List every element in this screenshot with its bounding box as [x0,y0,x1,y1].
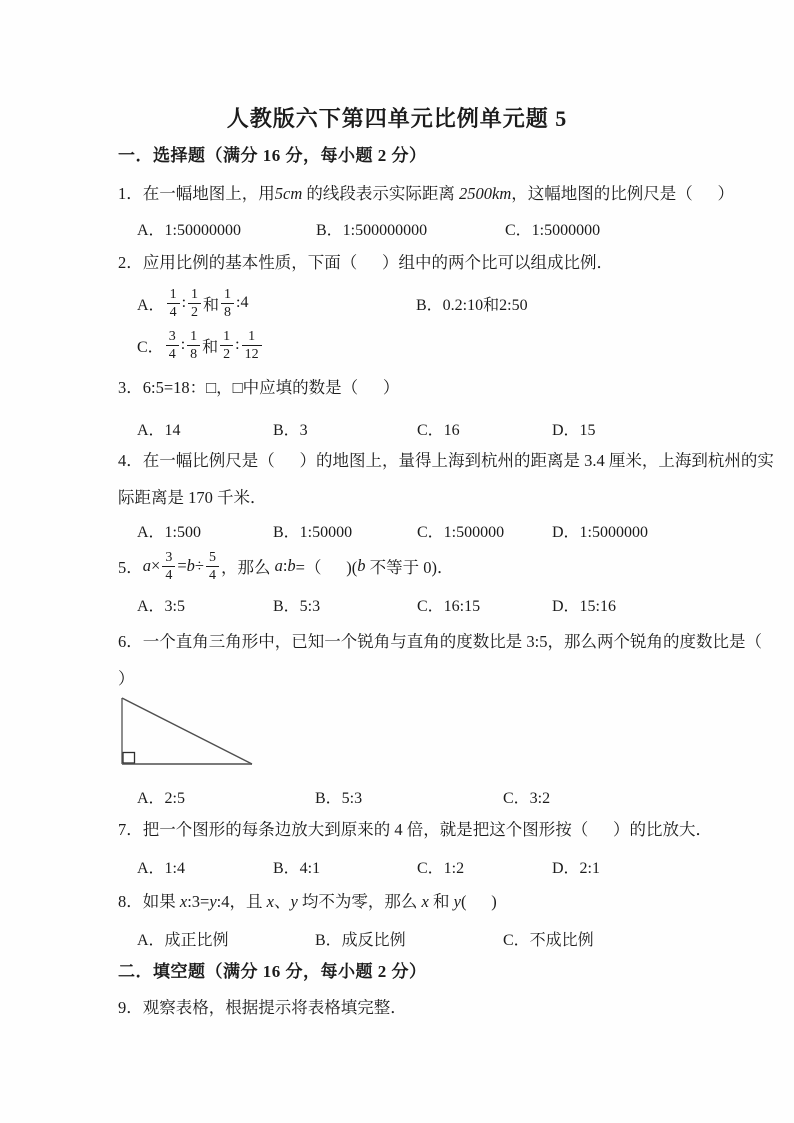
q4-option-b: B．1:50000 [273,519,352,542]
fraction: 112 [242,329,262,362]
worksheet-page: 人教版六下第四单元比例单元题 5 一．选择题（满分 16 分，每小题 2 分） … [0,0,794,1123]
q5-var-b: b [357,556,365,576]
q5-var-a: a [275,556,283,576]
question-8-text: 8．如果 x:3=y:4，且 x、y 均不为零，那么 x 和 y( ) [118,891,497,912]
q1-math-2500km: 2500km [459,184,511,203]
right-triangle-figure [119,695,257,769]
question-4-text-line2: 际距离是 170 千米． [118,487,267,508]
q4-option-a: A．1:500 [137,519,201,542]
q7-option-a: A．1:4 [137,855,185,878]
q5-option-a: A．3:5 [137,593,185,616]
fraction: 34 [166,329,179,362]
q1-option-c: C．1:5000000 [505,217,600,240]
fraction: 12 [188,287,201,320]
q7-option-c: C．1:2 [417,855,464,878]
question-7-text: 7．把一个图形的每条边放大到原来的 4 倍，就是把这个图形按（ ）的比放大． [118,819,712,840]
q1-option-a: A．1:50000000 [137,217,241,240]
q1-text-part: 的线段表示实际距离 [302,184,459,203]
triangle-hypotenuse [122,698,252,764]
q5-option-c: C．16:15 [417,593,480,616]
question-1-text: 1．在一幅地图上，用5cm 的线段表示实际距离 2500km，这幅地图的比例尺是… [118,183,734,204]
q8-var-y: y [454,892,461,911]
page-title: 人教版六下第四单元比例单元题 5 [0,102,794,133]
q2-option-b: B．0.2:10和2:50 [416,286,528,320]
q1-text-part: ，这幅地图的比例尺是（ ） [511,184,734,203]
question-9-text: 9．观察表格，根据提示将表格填完整． [118,997,407,1018]
question-3-text: 3．6:5=18：□，□中应填的数是（ ） [118,377,399,398]
q7-option-d: D．2:1 [552,855,600,878]
q7-option-b: B．4:1 [273,855,320,878]
fraction: 34 [162,550,175,583]
question-4-text-line1: 4．在一幅比例尺是（ ）的地图上，量得上海到杭州的距离是 3.4 厘米，上海到杭… [118,450,774,471]
q8-var-x: x [422,892,429,911]
q1-math-5cm: 5cm [275,184,303,203]
fraction: 18 [187,329,200,362]
q8-var-x: x [267,892,274,911]
fraction: 54 [206,550,219,583]
q6-option-c: C．3:2 [503,785,550,808]
q3-option-b: B．3 [273,417,308,440]
q4-option-c: C．1:500000 [417,519,504,542]
q6-option-a: A．2:5 [137,785,185,808]
question-5-text: 5．a×34=b÷54，那么 a:b=（ )(b 不等于 0)． [118,549,453,583]
section-2-heading: 二．填空题（满分 16 分，每小题 2 分） [118,961,427,982]
question-2-text: 2．应用比例的基本性质，下面（ ）组中的两个比可以组成比例． [118,252,613,273]
q8-option-a: A．成正比例 [137,927,229,950]
q8-option-b: B．成反比例 [315,927,406,950]
question-6-text-line2: ） [118,668,135,689]
fraction: 18 [221,287,234,320]
section-1-heading: 一．选择题（满分 16 分，每小题 2 分） [118,145,427,166]
fraction: 12 [220,329,233,362]
option-label: C． [137,334,164,357]
question-6-text-line1: 6．一个直角三角形中，已知一个锐角与直角的度数比是 3:5，那么两个锐角的度数比… [118,631,762,652]
q5-option-d: D．15:16 [552,593,616,616]
q8-var-y: y [290,892,297,911]
q1-option-b: B．1:500000000 [316,217,427,240]
q2-option-c: C．34:18和12:112 [137,328,264,362]
q8-option-c: C．不成比例 [503,927,594,950]
q5-var-b: b [287,556,295,576]
q5-var-a: a [143,556,151,576]
q5-option-b: B．5:3 [273,593,320,616]
q1-text-part: 1．在一幅地图上，用 [118,184,275,203]
option-label: A． [137,292,165,315]
q3-option-d: D．15 [552,417,596,440]
q3-option-a: A．14 [137,417,181,440]
q2-option-a: A．14:12和18:4 [137,286,248,320]
q6-option-b: B．5:3 [315,785,362,808]
fraction: 14 [167,287,180,320]
right-angle-marker [123,753,135,764]
q5-var-b: b [187,556,195,576]
q3-option-c: C．16 [417,417,460,440]
q4-option-d: D．1:5000000 [552,519,648,542]
q8-var-y: y [209,892,216,911]
